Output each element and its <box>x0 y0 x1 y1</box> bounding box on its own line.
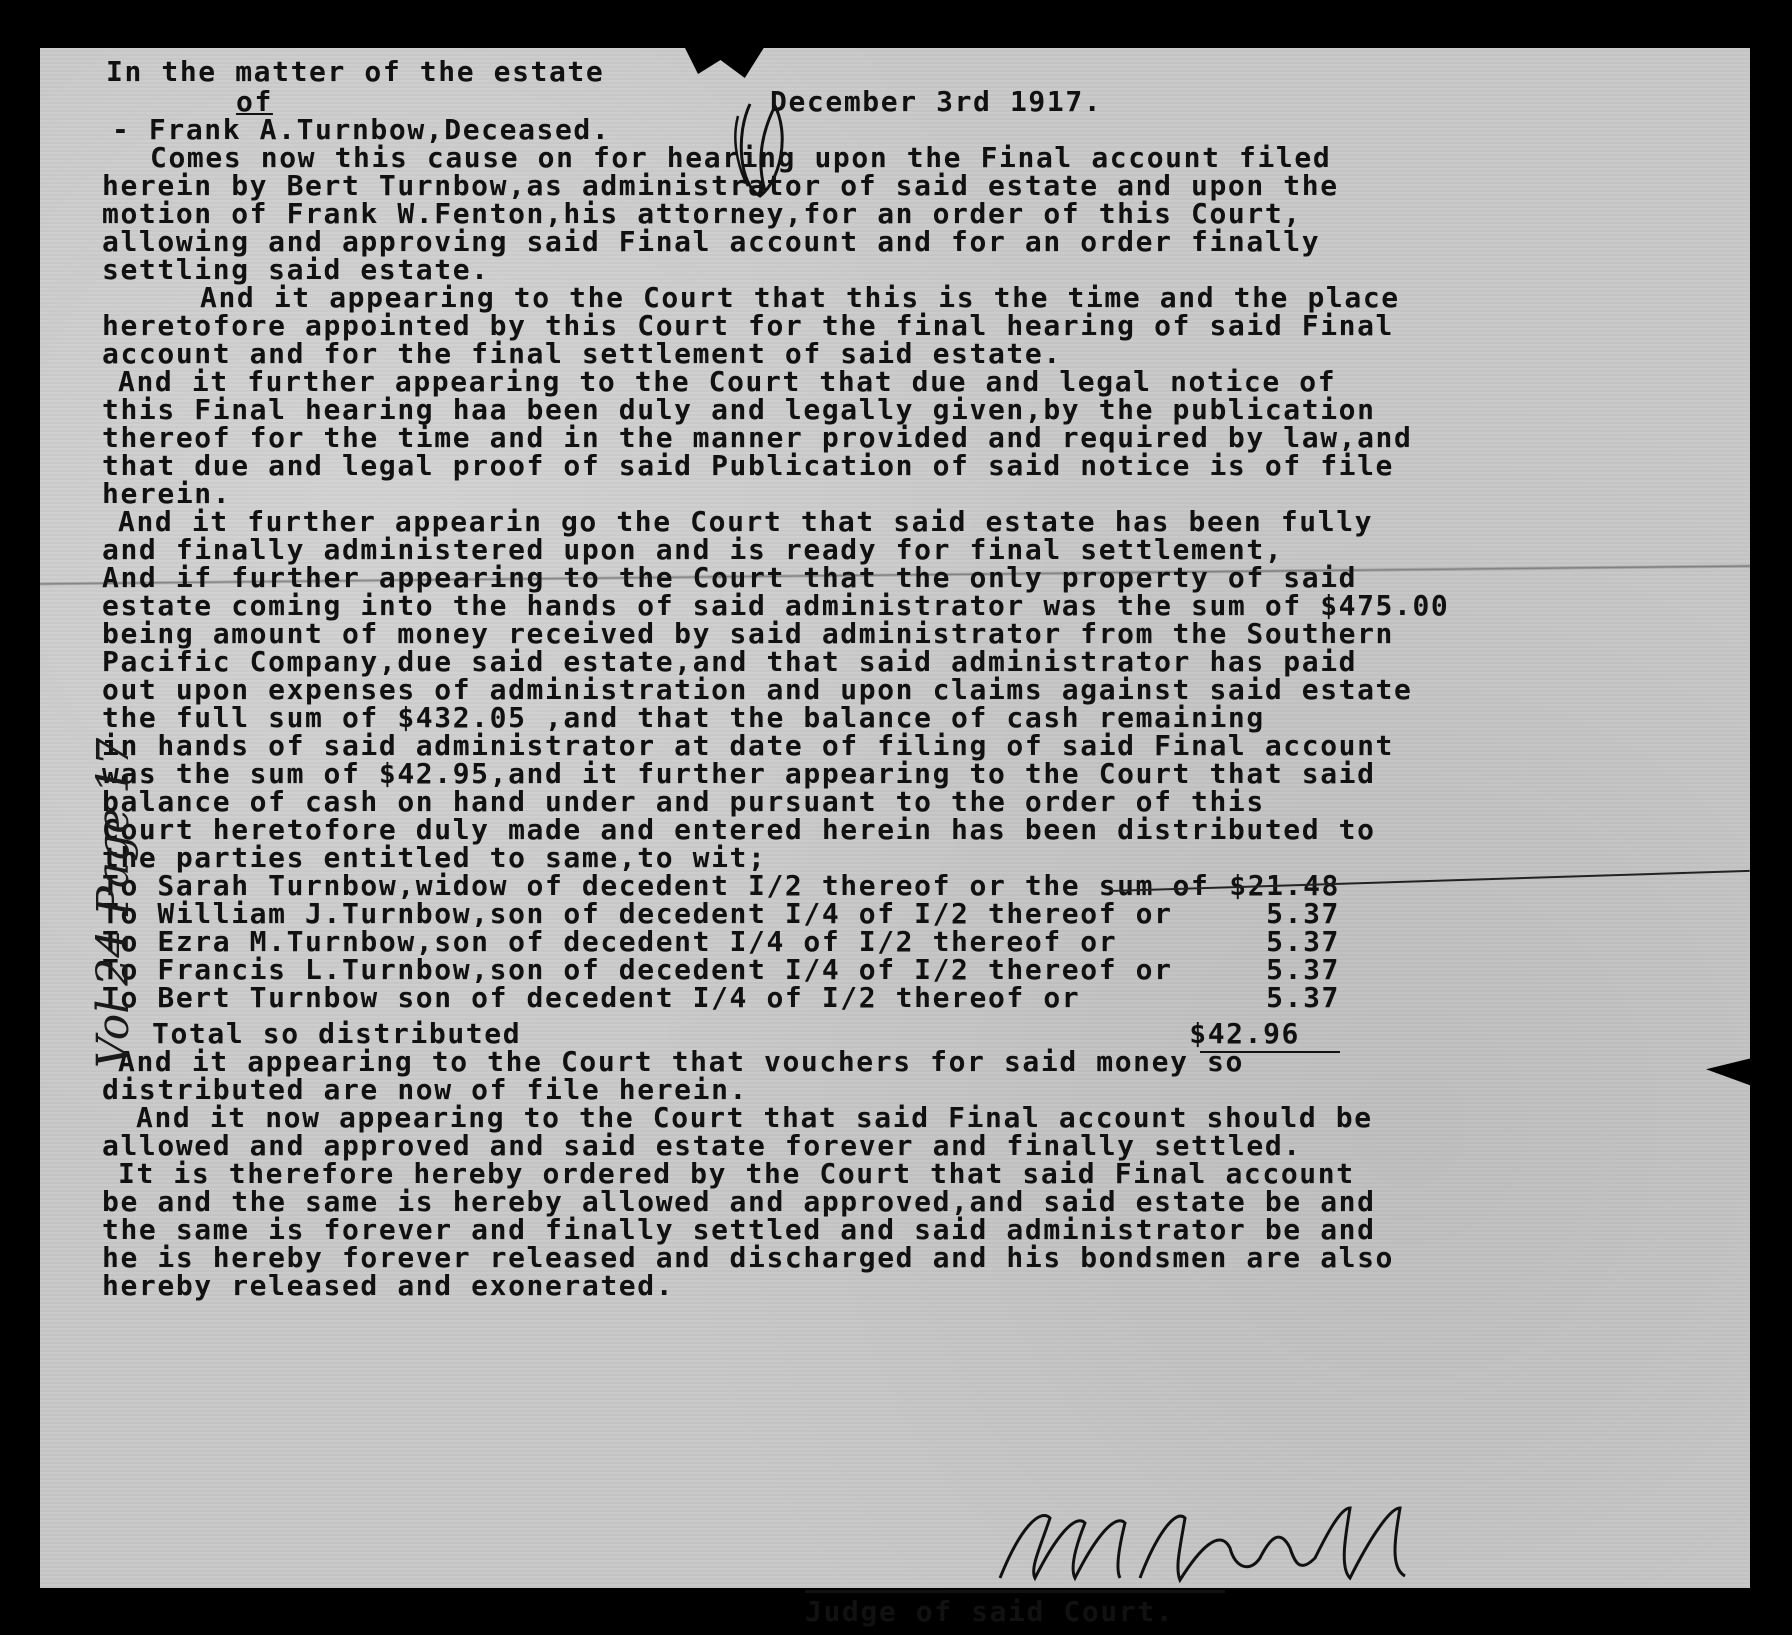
judge-signature <box>980 1488 1460 1598</box>
document-date: December 3rd 1917. <box>770 86 1102 118</box>
paper-tear <box>680 38 770 78</box>
signature-caption: Judge of said Court. <box>805 1596 1174 1628</box>
body-line: that due and legal proof of said Publica… <box>102 450 1394 482</box>
caption-estate: In the matter of the estate <box>106 56 604 88</box>
distribution-amount: 5.37 <box>1140 982 1340 1014</box>
paper-notch <box>1706 1058 1752 1086</box>
closing-line: hereby released and exonerated. <box>102 1270 674 1302</box>
margin-note-volume-page: Vol 24 Page 17 <box>88 738 139 1068</box>
distribution-row: To Bert Turnbow son of decedent I/4 of I… <box>102 982 1080 1014</box>
signature-rule <box>805 1590 1225 1593</box>
court-order-document: In the matter of the estate of December … <box>40 48 1750 1588</box>
